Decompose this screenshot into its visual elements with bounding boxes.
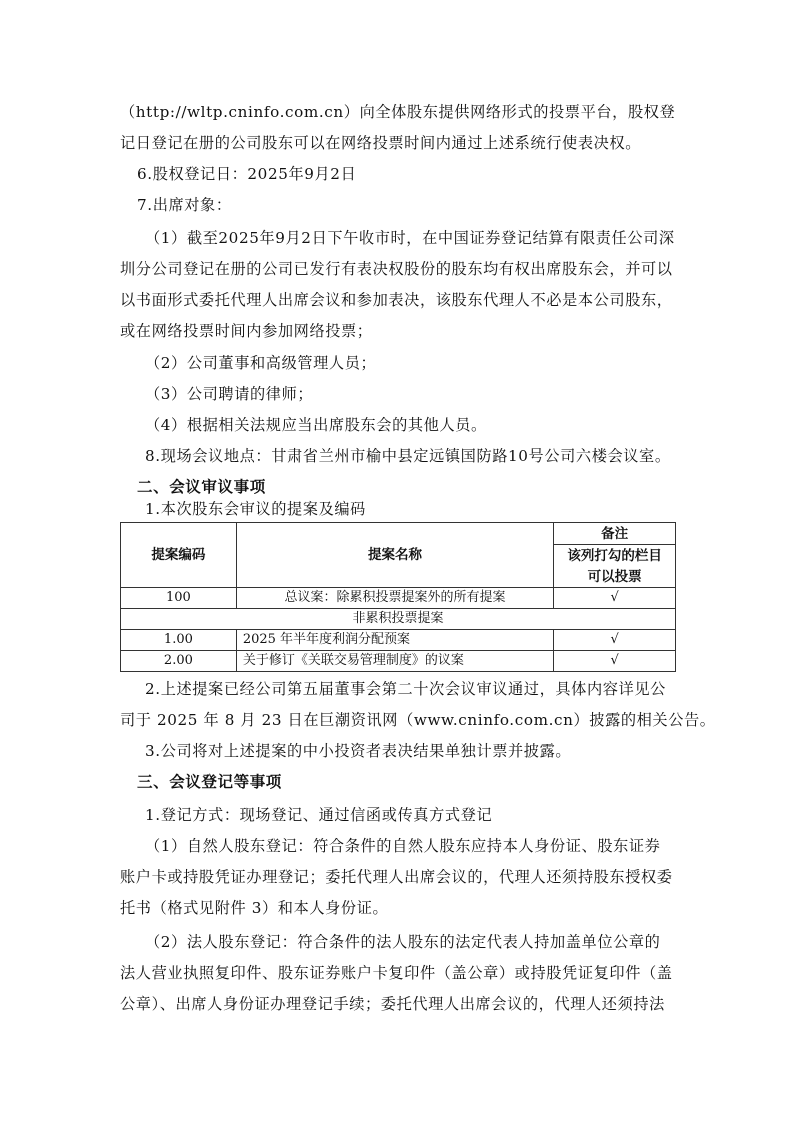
item-attendees-1-line3: 以书面形式委托代理人出席会议和参加表决，该股东代理人不必是本公司股东， (120, 290, 680, 310)
item-attendees-1-line4: 或在网络投票时间内参加网络投票； (120, 321, 680, 341)
cell-name: 总议案：除累积投票提案外的所有提案 (236, 588, 553, 609)
cell-name: 2025 年半年度利润分配预案 (236, 630, 553, 651)
item-legal-person-line3: 公章）、出席人身份证办理登记手续；委托代理人出席会议的，代理人还须持法 (120, 994, 680, 1014)
table-row: 1.00 2025 年半年度利润分配预案 √ (121, 630, 676, 651)
paragraph-proposal-approval-line2: 司于 2025 年 8 月 23 日在巨潮资讯网（www.cninfo.com.… (120, 710, 680, 730)
item-attendees-title: 7.出席对象： (137, 195, 665, 215)
table-group-row: 非累积投票提案 (121, 609, 676, 630)
table-caption: 1.本次股东会审议的提案及编码 (145, 499, 705, 519)
table-row: 100 总议案：除累积投票提案外的所有提案 √ (121, 588, 676, 609)
header-remark-sub-line2: 可以投票 (554, 566, 676, 588)
table-row: 2.00 关于修订《关联交易管理制度》的议案 √ (121, 651, 676, 672)
paragraph-proposal-approval-line1: 2.上述提案已经公司第五届董事会第二十次会议审议通过，具体内容详见公 (145, 679, 705, 699)
paragraph-voting-platform-line1: （http://wltp.cninfo.com.cn）向全体股东提供网络形式的投… (120, 102, 680, 122)
header-proposal-name: 提案名称 (236, 523, 553, 588)
item-registration-method: 1.登记方式：现场登记、通过信函或传真方式登记 (145, 805, 705, 825)
item-attendees-1-line2: 圳分公司登记在册的公司已发行有表决权股份的股东均有权出席股东会，并可以 (120, 259, 680, 279)
proposal-table: 提案编码 提案名称 备注 该列打勾的栏目 可以投票 100 总议案：除累积投票提… (120, 522, 676, 672)
item-attendees-1-line1: （1）截至2025年9月2日下午收市时，在中国证券登记结算有限责任公司深 (145, 228, 705, 248)
item-natural-person-line2: 账户卡或持股凭证办理登记；委托代理人出席会议的，代理人还须持股东授权委 (120, 867, 680, 887)
header-remark: 备注 (554, 523, 676, 545)
item-legal-person-line2: 法人营业执照复印件、股东证券账户卡复印件（盖公章）或持股凭证复印件（盖 (120, 963, 680, 983)
paragraph-voting-platform-line2: 记日登记在册的公司股东可以在网络投票时间内通过上述系统行使表决权。 (120, 133, 680, 153)
item-legal-person-line1: （2）法人股东登记：符合条件的法人股东的法定代表人持加盖单位公章的 (145, 932, 705, 952)
section-heading-review-matters: 二、会议审议事项 (137, 477, 697, 497)
document-page: （http://wltp.cninfo.com.cn）向全体股东提供网络形式的投… (0, 0, 793, 1122)
item-natural-person-line1: （1）自然人股东登记：符合条件的自然人股东应持本人身份证、股东证券 (145, 836, 705, 856)
item-attendees-2: （2）公司董事和高级管理人员； (145, 353, 705, 373)
item-meeting-location: 8.现场会议地点：甘肃省兰州市榆中县定远镇国防路10号公司六楼会议室。 (145, 446, 705, 466)
header-proposal-code: 提案编码 (121, 523, 237, 588)
header-remark-sub-line1: 该列打勾的栏目 (554, 545, 676, 566)
cell-check: √ (554, 588, 676, 609)
cell-check: √ (554, 651, 676, 672)
cell-code: 2.00 (121, 651, 237, 672)
item-attendees-3: （3）公司聘请的律师； (145, 384, 705, 404)
cell-check: √ (554, 630, 676, 651)
cell-group-label: 非累积投票提案 (121, 609, 676, 630)
item-record-date: 6.股权登记日：2025年9月2日 (137, 164, 665, 184)
item-attendees-4: （4）根据相关法规应当出席股东会的其他人员。 (145, 415, 705, 435)
cell-name: 关于修订《关联交易管理制度》的议案 (236, 651, 553, 672)
item-natural-person-line3: 托书（格式见附件 3）和本人身份证。 (120, 898, 680, 918)
cell-code: 100 (121, 588, 237, 609)
cell-code: 1.00 (121, 630, 237, 651)
section-heading-registration: 三、会议登记等事项 (137, 772, 697, 792)
paragraph-separate-count: 3.公司将对上述提案的中小投资者表决结果单独计票并披露。 (145, 741, 705, 761)
